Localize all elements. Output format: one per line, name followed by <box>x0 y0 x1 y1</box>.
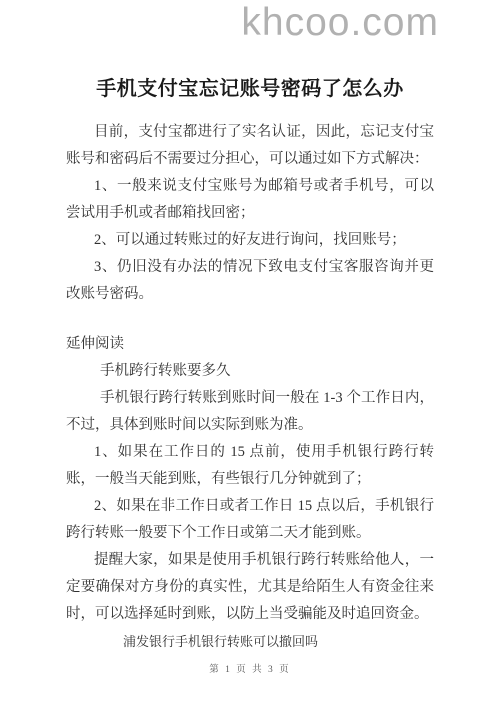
list-item-1: 1、一般来说支付宝账号为邮箱号或者手机号，可以尝试用手机或者邮箱找回密； <box>66 173 434 227</box>
list-item-3: 3、仍旧没有办法的情况下致电支付宝客服咨询并更改账号密码。 <box>66 254 434 308</box>
transfer-list-item-1: 1、如果在工作日的 15 点前，使用手机银行跨行转账，一般当天能到账，有些银行几… <box>66 439 434 493</box>
site-watermark: khcoo.com <box>241 1 439 45</box>
paragraph-reminder: 提醒大家，如果是使用手机银行跨行转账给他人，一定要确保对方身份的真实性，尤其是给… <box>66 547 434 628</box>
paragraph-transfer-time: 手机银行跨行转账到账时间一般在 1-3 个工作日内，不过，具体到账时间以实际到账… <box>66 385 434 439</box>
subheading-transfer-duration: 手机跨行转账要多久 <box>66 358 434 385</box>
related-question-line: 浦发银行手机银行转账可以撤回吗 <box>66 628 434 655</box>
document-page: khcoo.com 手机支付宝忘记账号密码了怎么办 目前，支付宝都进行了实名认证… <box>0 0 500 707</box>
document-body: 目前，支付宝都进行了实名认证，因此，忘记支付宝账号和密码后不需要过分担心，可以通… <box>66 119 434 655</box>
transfer-list-item-2: 2、如果在非工作日或者工作日 15 点以后，手机银行跨行转账一般要下个工作日或第… <box>66 493 434 547</box>
section-heading-extended-reading: 延伸阅读 <box>66 331 434 358</box>
document-title: 手机支付宝忘记账号密码了怎么办 <box>40 76 460 102</box>
paragraph-intro: 目前，支付宝都进行了实名认证，因此，忘记支付宝账号和密码后不需要过分担心，可以通… <box>66 119 434 173</box>
page-number: 第 1 页 共 3 页 <box>0 661 500 675</box>
list-item-2: 2、可以通过转账过的好友进行询问，找回账号； <box>66 227 434 254</box>
